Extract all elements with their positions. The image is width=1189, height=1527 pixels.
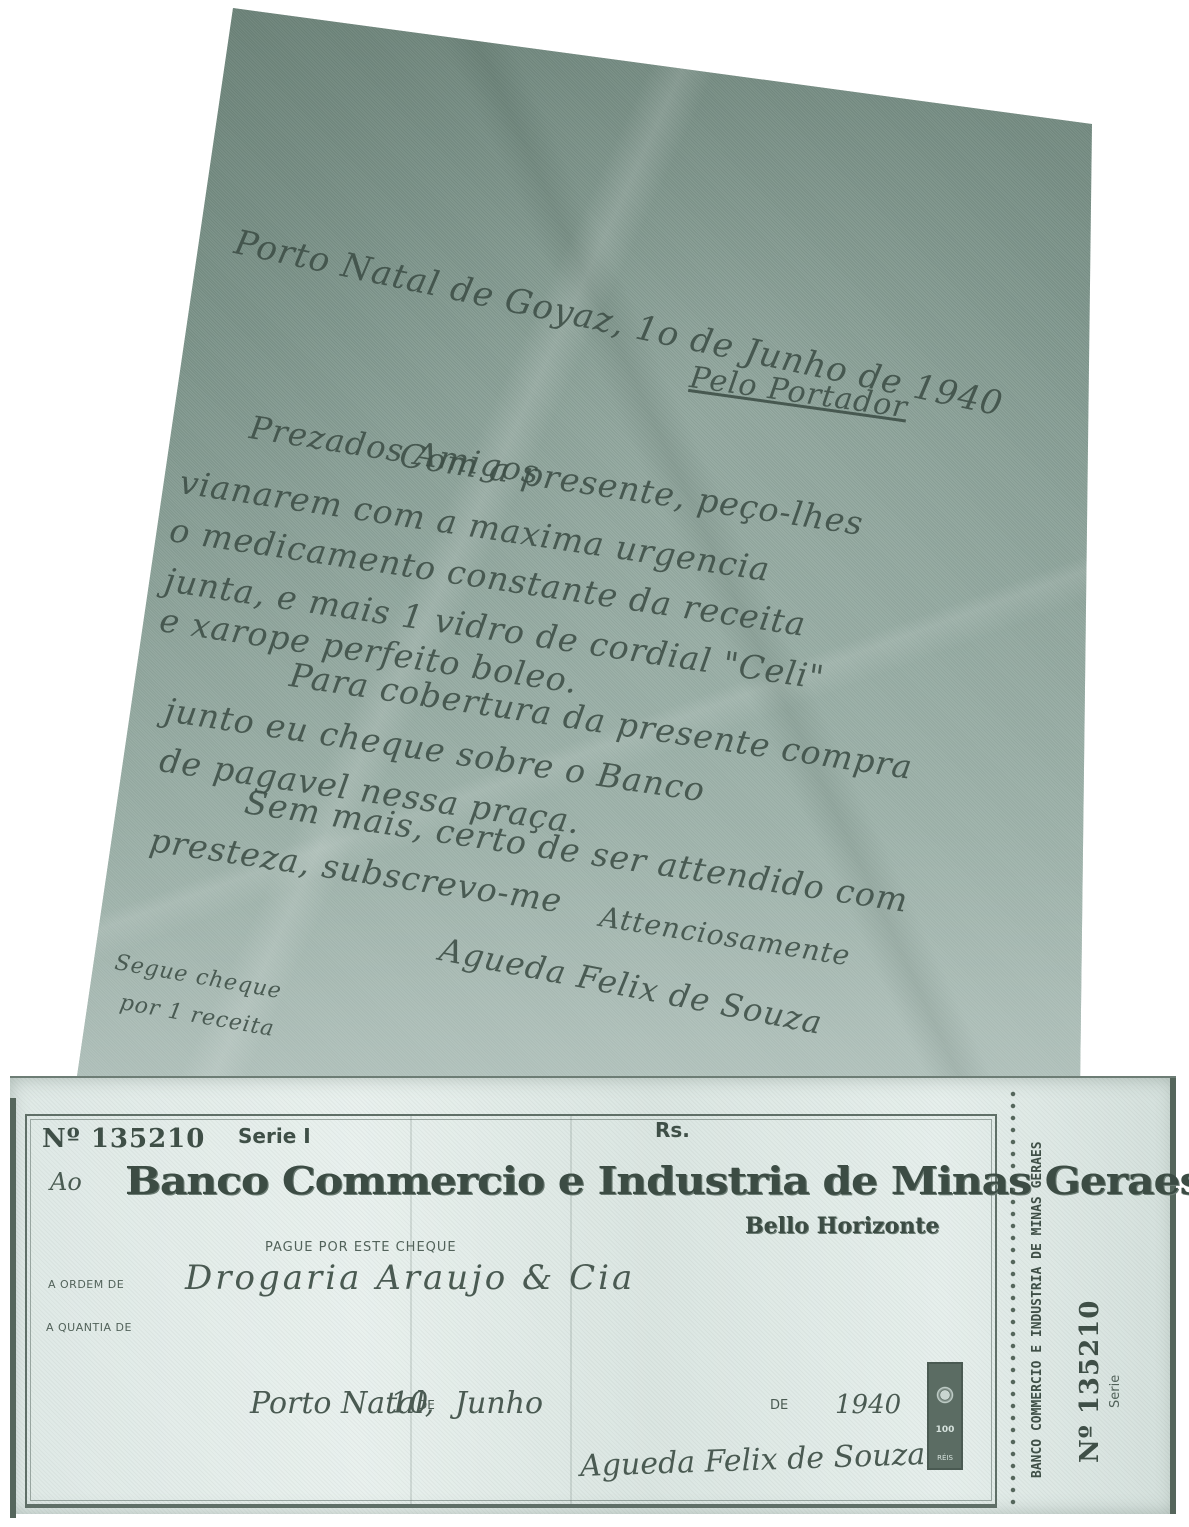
payee-field: Drogaria Araujo & Cia	[185, 1258, 635, 1298]
check-number: Nº 135210	[42, 1124, 205, 1154]
perforation-line	[1010, 1088, 1016, 1508]
sun-emblem-icon	[934, 1384, 956, 1406]
pague-label: PAGUE POR ESTE CHEQUE	[265, 1240, 457, 1255]
stub-number: Nº 135210	[1075, 1300, 1105, 1463]
handwritten-letter: Porto Natal de Goyaz, 1o de Junho de 194…	[0, 0, 1189, 1100]
check-year: 1940	[835, 1390, 901, 1420]
check-edge	[10, 1098, 16, 1518]
bank-branch: Bello Horizonte	[745, 1213, 939, 1239]
ordem-label: A ORDEM DE	[48, 1278, 124, 1291]
ao-label: Ao	[50, 1168, 82, 1196]
bank-check: Nº 135210 Serie I Rs. Ao Banco Commercio…	[10, 1076, 1176, 1514]
stamp-unit: RÉIS	[937, 1454, 953, 1462]
revenue-stamp-icon: 100 RÉIS	[927, 1362, 963, 1470]
quantia-label: A QUANTIA DE	[46, 1321, 132, 1334]
stub-bank-name: BANCO COMMERCIO E INDUSTRIA DE MINAS GER…	[1030, 1141, 1045, 1478]
currency-label: Rs.	[655, 1118, 690, 1142]
letter-closing: Attenciosamente	[597, 900, 852, 972]
check-serie: Serie I	[238, 1124, 311, 1148]
de-label: DE	[418, 1398, 435, 1412]
stamp-value: 100	[936, 1425, 955, 1435]
stub-serie: Serie	[1108, 1375, 1123, 1408]
de-label: DE	[770, 1398, 788, 1413]
check-edge	[1170, 1078, 1176, 1514]
check-month: Junho	[455, 1386, 543, 1421]
